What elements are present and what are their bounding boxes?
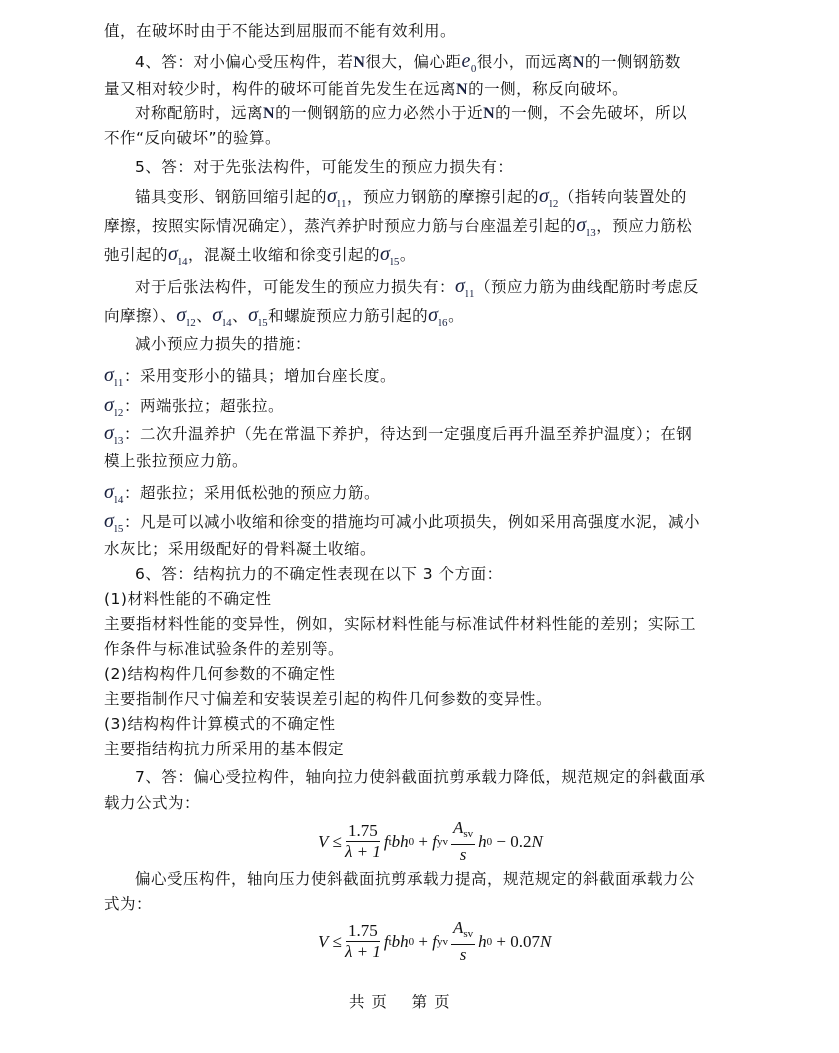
q6-item1-heading: (1)材料性能的不确定性 <box>104 589 271 609</box>
q5-title: 5、答：对于先张法构件，可能发生的预应力损失有： <box>135 157 513 177</box>
text-line: 值，在破坏时由于不能达到屈服而不能有效利用。 <box>104 21 456 41</box>
q6-item3-heading: (3)结构构件计算模式的不确定性 <box>104 714 335 734</box>
measure-l3: σl3：二次升温养护（先在常温下养护，待达到一定强度后再升温至养护温度）；在钢 <box>104 423 692 451</box>
q7-line-1: 7、答：偏心受拉构件，轴向拉力使斜截面抗剪承载力降低，规范规定的斜截面承 <box>135 767 705 787</box>
measure-l5: σl5：凡是可以减小收缩和徐变的措施均可减小此项损失，例如采用高强度水泥，减小 <box>104 511 700 539</box>
q7-line-2: 载力公式为： <box>104 793 200 813</box>
q6-item1-text-cont: 作条件与标准试验条件的差别等。 <box>104 639 344 659</box>
q5-line-1: 锚具变形、钢筋回缩引起的σl1，预应力钢筋的摩擦引起的σl2（指转向装置处的 <box>135 186 687 214</box>
formula-tension: V ≤ 1.75λ + 1 ftbh0 + fyv Asvs h0 − 0.2N <box>318 818 543 865</box>
q4-line-3: 对称配筋时，远离N的一侧钢筋的应力必然小于近N的一侧，不会先破坏，所以 <box>135 103 687 124</box>
reduce-title: 减小预应力损失的措施： <box>135 334 311 354</box>
total-pages: 共 页 <box>349 993 388 1011</box>
measure-l4: σl4：超张拉；采用低松弛的预应力筋。 <box>104 482 380 510</box>
q7-line-4: 式为： <box>104 894 152 914</box>
q6-item3-text: 主要指结构抗力所采用的基本假定 <box>104 739 344 759</box>
q7-line-3: 偏心受压构件，轴向压力使斜截面抗剪承载力提高，规范规定的斜截面承载力公 <box>135 869 695 889</box>
q6-item1-text: 主要指材料性能的变异性，例如，实际材料性能与标准试件材料性能的差别；实际工 <box>104 614 696 634</box>
q4-line-1: 4、答：对小偏心受压构件，若N很大，偏心距e0很小，而远离N的一侧钢筋数 <box>135 51 681 79</box>
formula-compression: V ≤ 1.75λ + 1 ftbh0 + fyv Asvs h0 + 0.07… <box>318 918 551 965</box>
measure-l2: σl2：两端张拉；超张拉。 <box>104 395 284 423</box>
measure-l3-cont: 模上张拉预应力筋。 <box>104 451 248 471</box>
q6-item2-text: 主要指制作尺寸偏差和安装误差引起的构件几何参数的变异性。 <box>104 689 552 709</box>
page-footer: 共 页 第 页 <box>349 990 451 1012</box>
q5-line-2: 摩擦，按照实际情况确定），蒸汽养护时预应力筋与台座温差引起的σl3，预应力筋松 <box>104 215 692 243</box>
current-page: 第 页 <box>412 993 451 1011</box>
q5-line-3: 弛引起的σl4，混凝土收缩和徐变引起的σl5。 <box>104 244 416 272</box>
q6-item2-heading: (2)结构构件几何参数的不确定性 <box>104 664 335 684</box>
q5-post-line-2: 向摩擦）、σl2、σl4、σl5和螺旋预应力筋引起的σl6。 <box>104 305 464 333</box>
measure-l1: σl1：采用变形小的锚具；增加台座长度。 <box>104 365 396 393</box>
q6-title: 6、答：结构抗力的不确定性表现在以下 3 个方面： <box>135 564 503 584</box>
q4-line-2: 量又相对较少时，构件的破坏可能首先发生在远离N的一侧，称反向破坏。 <box>104 79 628 100</box>
q5-post-line-1: 对于后张法构件，可能发生的预应力损失有：σl1（预应力筋为曲线配筋时考虑反 <box>135 276 699 304</box>
measure-l5-cont: 水灰比；采用级配好的骨料凝土收缩。 <box>104 539 376 559</box>
q4-line-4: 不作“反向破坏”的验算。 <box>104 128 281 148</box>
